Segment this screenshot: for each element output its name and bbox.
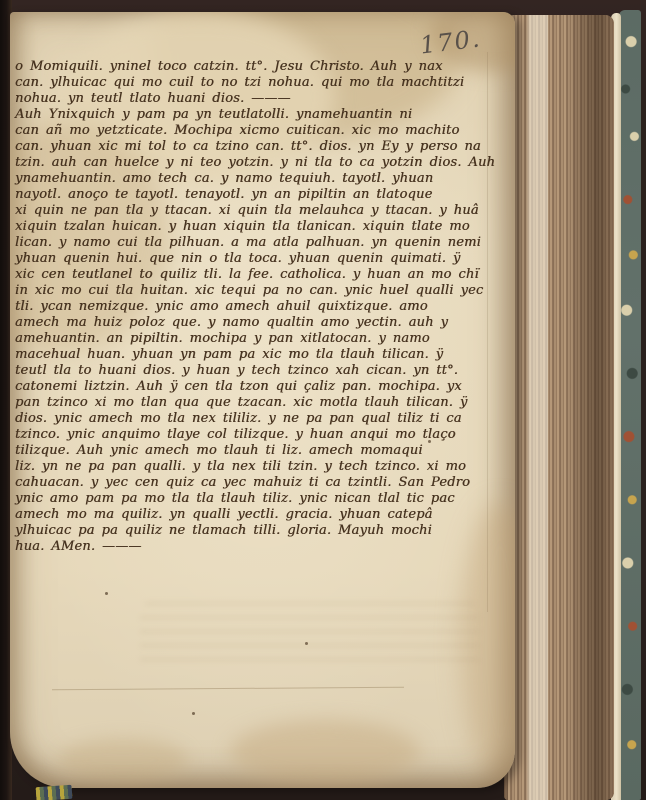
faint-horizontal-rule [52,687,404,690]
manuscript-line: ynic amo pam pa mo tla tla tlauh tiliz. … [15,491,485,507]
manuscript-line: tzinco. ynic anquimo tlaye col tilizque.… [15,427,485,443]
manuscript-line: in xic mo cui tla huitan. xic tequi pa n… [15,283,485,299]
manuscript-line: Auh Ynixquich y pam pa yn teutlatolli. y… [15,107,485,123]
book-fore-edge-pages [504,15,614,800]
opening-paragraph: o Momiquili. yninel toco catzin. tt°. Je… [15,59,485,107]
ink-show-through [140,602,480,668]
manuscript-line: xic cen teutlanel to quiliz tli. la fee.… [15,267,485,283]
manuscript-line: tli. ycan nemizque. ynic amo amech ahuil… [15,299,485,315]
manuscript-line: amech ma huiz poloz que. y namo qualtin … [15,315,485,331]
manuscript-line: o Momiquili. yninel toco catzin. tt°. Je… [15,59,485,75]
manuscript-line: xiquin tzalan huican. y huan xiquin tla … [15,219,485,235]
manuscript-text-block: o Momiquili. yninel toco catzin. tt°. Je… [15,59,485,555]
marbled-endpaper [619,10,641,800]
manuscript-line: can. ylhuicac qui mo cuil to no tzi nohu… [15,75,485,91]
manuscript-line: xi quin ne pan tla y ttacan. xi quin tla… [15,203,485,219]
manuscript-line: can añ mo yetzticate. Mochipa xicmo cuit… [15,123,485,139]
manuscript-line: lican. y namo cui tla pilhuan. a ma atla… [15,235,485,251]
manuscript-line: cahuacan. y yec cen quiz ca yec mahuiz t… [15,475,485,491]
manuscript-line: teutl tla to huani dios. y huan y tech t… [15,363,485,379]
manuscript-page: 170. o Momiquili. yninel toco catzin. tt… [10,12,515,788]
stain-bottom-left [58,738,188,782]
book-photograph: 170. o Momiquili. yninel toco catzin. tt… [0,0,646,800]
manuscript-line: amech mo ma quiliz. yn qualli yectli. gr… [15,507,485,523]
manuscript-line: can. yhuan xic mi tol to ca tzino can. t… [15,139,485,155]
page-edges-texture [504,15,614,800]
bookmark-ribbon-tip [36,785,73,800]
manuscript-line: nohua. yn teutl tlato huani dios. ——— [15,91,485,107]
manuscript-line: hua. AMen. ——— [15,539,485,555]
folio-number: 170. [419,26,483,57]
manuscript-line: amehuantin. an pipiltin. mochipa y pan x… [15,331,485,347]
manuscript-line: dios. ynic amech mo tla nex tililiz. y n… [15,411,485,427]
foxing-spot [192,712,195,715]
manuscript-line: tzin. auh can huelce y ni teo yotzin. y … [15,155,485,171]
manuscript-line: tilizque. Auh ynic amech mo tlauh ti liz… [15,443,485,459]
manuscript-line: catonemi liztzin. Auh ÿ cen tla tzon qui… [15,379,485,395]
manuscript-line: pan tzinco xi mo tlan qua que tzacan. xi… [15,395,485,411]
manuscript-line: liz. yn ne pa pan qualli. y tla nex tili… [15,459,485,475]
stain-bottom-center [230,720,420,784]
manuscript-line: yhuan quenin hui. que nin o tla toca. yh… [15,251,485,267]
margin-crease-line [487,52,488,612]
manuscript-line: nayotl. anoço te tayotl. tenayotl. yn an… [15,187,485,203]
manuscript-line: macehual huan. yhuan yn pam pa xic mo tl… [15,347,485,363]
body-paragraph: Auh Ynixquich y pam pa yn teutlatolli. y… [15,107,485,555]
manuscript-line: ynamehuantin. amo tech ca. y namo tequiu… [15,171,485,187]
foxing-spot [105,592,108,595]
manuscript-line: ylhuicac pa pa quiliz ne tlamach tilli. … [15,523,485,539]
